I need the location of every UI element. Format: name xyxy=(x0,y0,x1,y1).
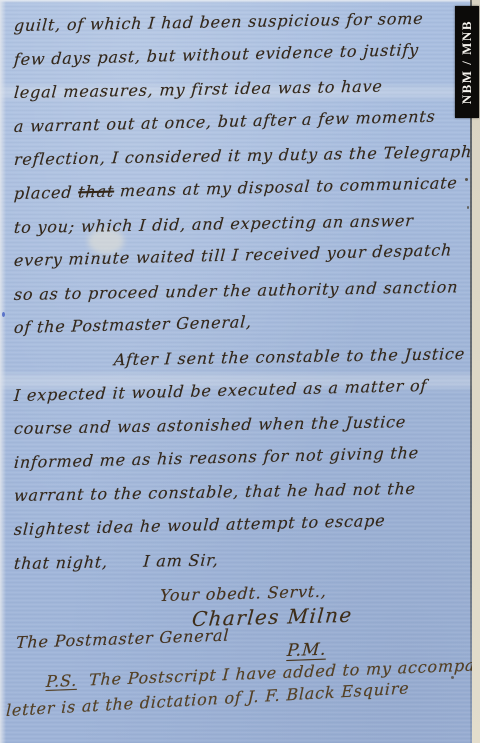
struck-word: that xyxy=(78,182,115,202)
letter-line: I expected it would be executed as a mat… xyxy=(13,375,427,404)
letter-line: legal measures, my first idea was to hav… xyxy=(13,77,383,102)
letter-line: reflection, I considered it my duty as t… xyxy=(13,142,473,169)
letter-line: of the Postmaster General, xyxy=(13,313,252,338)
signature-title: P.M. xyxy=(286,640,327,661)
archive-label-text: NBM / MNB xyxy=(459,20,475,104)
letter-line: to you; which I did, and expecting an an… xyxy=(13,211,414,237)
scan-edge-top xyxy=(0,0,480,3)
underlined-text: P.S. xyxy=(46,671,78,691)
letter-line: few days past, but without evidence to j… xyxy=(13,40,419,69)
valediction: Your obedt. Servt., xyxy=(159,582,327,605)
addressee: The Postmaster General xyxy=(16,626,230,652)
scanned-letter-page: guilt, of which I had been suspicious fo… xyxy=(0,0,480,743)
letter-line: After I sent the constable to the Justic… xyxy=(13,344,465,371)
letter-line: that night, I am Sir, xyxy=(13,550,219,573)
postscript-line: P.S. The Postscript I have added to my a… xyxy=(46,654,480,691)
archive-label: NBM / MNB xyxy=(455,6,479,118)
letter-line: slightest idea he would attempt to escap… xyxy=(13,511,386,539)
letter-line: so as to proceed under the authority and… xyxy=(13,277,459,304)
letter-line: course and was astonished when the Justi… xyxy=(13,412,406,438)
ink-speck xyxy=(467,206,469,209)
ink-speck xyxy=(2,312,5,317)
ink-speck xyxy=(451,676,454,679)
letter-line: every minute waited till I received your… xyxy=(13,240,452,270)
letter-line: placed that means at my disposal to comm… xyxy=(13,173,458,203)
letter-line: a warrant out at once, but after a few m… xyxy=(13,106,436,135)
letter-line: warrant to the constable, that he had no… xyxy=(13,479,416,505)
ink-speck xyxy=(465,178,468,181)
scan-edge-left xyxy=(0,0,6,743)
letter-line: informed me as his reasons for not givin… xyxy=(13,443,419,472)
letter-line: guilt, of which I had been suspicious fo… xyxy=(13,9,424,35)
